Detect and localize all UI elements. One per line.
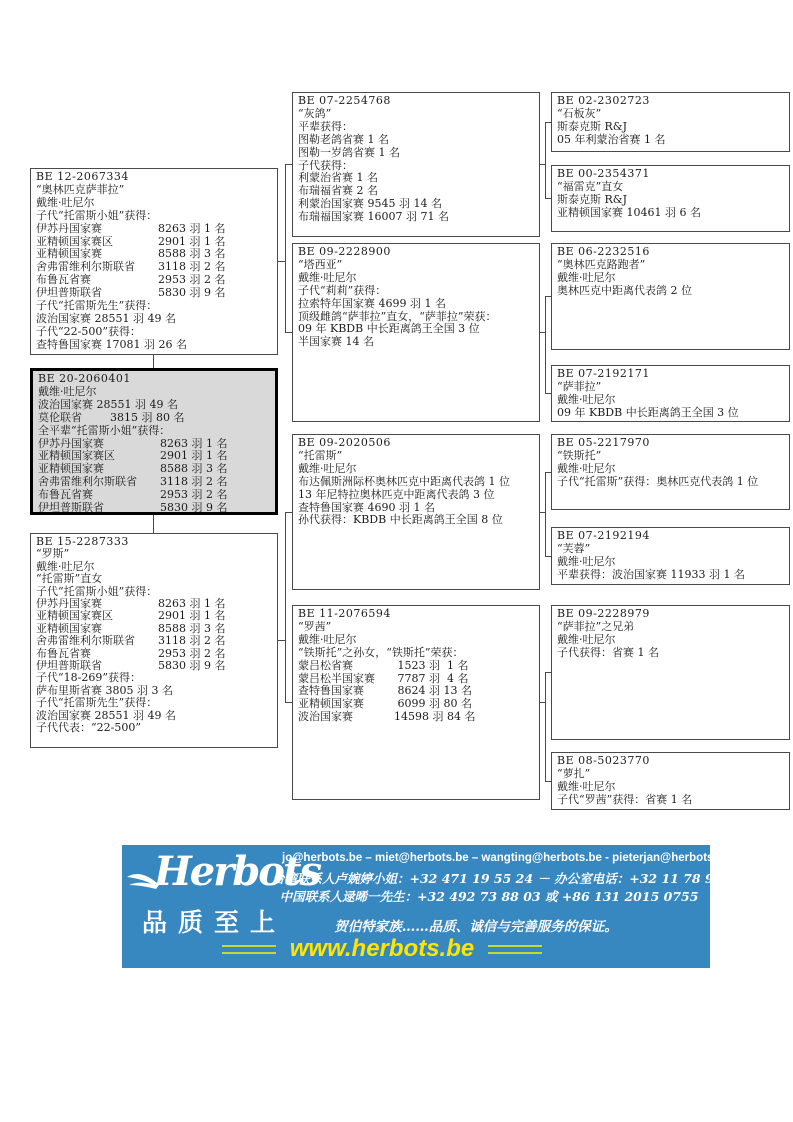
pedigree-line: 子代“莉莉”获得： xyxy=(298,285,534,298)
pedigree-line: 子代“托雷斯”获得：奥林匹克代表鸽 1 位 xyxy=(557,476,784,489)
pedigree-line: 戴维·吐尼尔 xyxy=(557,781,784,794)
ring-number: BE 15-2287333 xyxy=(36,536,272,548)
pedigree-line: “灰鸽” xyxy=(298,108,534,121)
ring-number: BE 09-2020506 xyxy=(298,437,534,450)
race-placing: 3118 羽 2 名 xyxy=(158,635,225,647)
race-result-line: 伊苏丹国家赛8263 羽 1 名 xyxy=(36,223,272,236)
pedigree-line: “芙蓉” xyxy=(557,543,784,556)
connector-line xyxy=(545,122,546,199)
pedigree-line: 戴维·吐尼尔 xyxy=(298,463,534,476)
pedigree-line: 布瑞福国家赛 16007 羽 71 名 xyxy=(298,211,534,224)
pedigree-box-grandsire-1: BE 07-2254768“灰鸽”平辈获得：图勒老鸽省赛 1 名图勒一岁鸽省赛 … xyxy=(292,92,540,237)
pedigree-box-granddam-2: BE 11-2076594“罗茜”戴维·吐尼尔“铁斯托”之孙女，“铁斯托”荣获：… xyxy=(292,605,540,800)
pedigree-line: “罗斯” xyxy=(36,548,272,560)
family-promise-text: 贺伯特家族……品质、诚信与完善服务的保证。 xyxy=(272,915,680,935)
connector-line xyxy=(285,512,286,703)
pedigree-box-main-pigeon: BE 20-2060401戴维·吐尼尔波治国家赛 28551 羽 49 名莫伦联… xyxy=(30,368,278,515)
race-result-line: 伊坦普斯联省5830 羽 9 名 xyxy=(38,502,270,515)
pedigree-line: 平辈获得：波治国家赛 11933 羽 1 名 xyxy=(557,569,784,582)
connector-line xyxy=(285,164,292,165)
ring-number: BE 05-2217970 xyxy=(557,437,784,450)
ring-number: BE 12-2067334 xyxy=(36,171,272,184)
pedigree-line: 戴维·吐尼尔 xyxy=(38,386,270,399)
race-placing: 5830 羽 9 名 xyxy=(160,502,227,515)
email-addresses: jo@herbots.be – miet@herbots.be – wangti… xyxy=(282,852,708,864)
pedigree-line: “奥林匹克路跑者” xyxy=(557,259,784,272)
connector-line xyxy=(545,393,551,394)
connector-line xyxy=(278,640,285,641)
ring-number: BE 09-2228900 xyxy=(298,246,534,259)
pedigree-line: 孙代获得：KBDB 中长距离鸽王全国 8 位 xyxy=(298,514,534,527)
pedigree-line: 拉索特年国家赛 4699 羽 1 名 xyxy=(298,298,534,311)
race-placing: 8263 羽 1 名 xyxy=(158,223,225,236)
pedigree-line: 半国家赛 14 名 xyxy=(298,336,534,349)
connector-line xyxy=(278,261,285,262)
pedigree-box-ggparent-6: BE 07-2192194“芙蓉”戴维·吐尼尔平辈获得：波治国家赛 11933 … xyxy=(551,527,790,585)
pedigree-line: “塔西亚” xyxy=(298,259,534,272)
herbots-banner: Herbots 品质至上 jo@herbots.be – miet@herbot… xyxy=(122,845,710,968)
pedigree-line: 全平辈“托雷斯小姐”获得： xyxy=(38,425,270,438)
race-placing: 5830 羽 9 名 xyxy=(158,287,225,300)
website-row: www.herbots.be xyxy=(222,935,542,963)
race-name: 伊坦普斯联省 xyxy=(38,502,160,515)
ring-number: BE 07-2192194 xyxy=(557,530,784,543)
connector-line xyxy=(545,296,551,297)
pedigree-line: 子代获得：省赛 1 名 xyxy=(557,647,784,660)
pedigree-box-sire: BE 12-2067334“奥林匹克萨菲拉”戴维·吐尼尔子代“托雷斯小姐”获得：… xyxy=(30,168,278,355)
connector-line xyxy=(153,515,154,533)
pedigree-line: 亚精顿国家赛 10461 羽 6 名 xyxy=(557,207,784,220)
race-result-line: 舍弗雷维利尔斯联省3118 羽 2 名 xyxy=(36,635,272,647)
pedigree-line: 奥林匹克中距离代表鸽 2 位 xyxy=(557,285,784,298)
connector-line xyxy=(545,781,551,782)
connector-line xyxy=(545,672,546,782)
left-rule xyxy=(222,945,276,954)
connector-line xyxy=(545,672,551,673)
pedigree-line: 戴维·吐尼尔 xyxy=(557,463,784,476)
pedigree-line: 戴维·吐尼尔 xyxy=(298,634,534,647)
pedigree-line: 子代代表：“22-500” xyxy=(36,722,272,734)
ring-number: BE 00-2354371 xyxy=(557,168,784,181)
pedigree-line: “托雷斯”直女 xyxy=(36,573,272,585)
race-name: 蒙吕松省赛 xyxy=(298,660,394,673)
pedigree-line: “铁斯托”之孙女，“铁斯托”荣获： xyxy=(298,647,534,660)
pedigree-line: 平辈获得： xyxy=(298,121,534,134)
race-result-line: 蒙吕松省赛 1523 羽 1 名 xyxy=(298,660,534,673)
race-placing: 2901 羽 1 名 xyxy=(158,610,225,622)
pedigree-line: 戴维·吐尼尔 xyxy=(36,197,272,210)
ring-number: BE 07-2254768 xyxy=(298,95,534,108)
pedigree-box-grandsire-2: BE 09-2020506“托雷斯”戴维·吐尼尔布达佩斯洲际杯奥林匹克中距离代表… xyxy=(292,434,540,590)
race-result-line: 亚精顿国家赛区2901 羽 1 名 xyxy=(36,610,272,622)
pedigree-line: 子代“托雷斯小姐”获得： xyxy=(36,210,272,223)
race-name: 波治国家赛 xyxy=(298,711,394,724)
right-rule xyxy=(488,945,542,954)
pedigree-box-ggparent-7: BE 09-2228979“萨菲拉”之兄弟戴维·吐尼尔子代获得：省赛 1 名 xyxy=(551,605,790,740)
connector-line xyxy=(285,164,286,333)
connector-line xyxy=(545,198,551,199)
ring-number: BE 06-2232516 xyxy=(557,246,784,259)
pedigree-line: 子代“18-269”获得： xyxy=(36,672,272,684)
pedigree-box-ggparent-1: BE 02-2302723“石板灰”斯泰克斯 R&J05 年利蒙治省赛 1 名 xyxy=(551,92,790,152)
pedigree-line: “萨菲拉” xyxy=(557,381,784,394)
connector-line xyxy=(545,296,546,394)
pedigree-line: 查特鲁国家赛 17081 羽 26 名 xyxy=(36,339,272,352)
pedigree-page: BE 12-2067334“奥林匹克萨菲拉”戴维·吐尼尔子代“托雷斯小姐”获得：… xyxy=(0,0,793,1122)
pedigree-line: 戴维·吐尼尔 xyxy=(557,556,784,569)
connector-line xyxy=(545,472,551,473)
connector-line xyxy=(153,355,154,368)
pedigree-line: 09 年 KBDB 中长距离鸽王全国 3 位 xyxy=(557,407,784,420)
website-url: www.herbots.be xyxy=(290,935,474,963)
ring-number: BE 09-2228979 xyxy=(557,608,784,621)
pedigree-line: 波治国家赛 28551 羽 49 名 xyxy=(38,399,270,412)
race-placing: 5830 羽 9 名 xyxy=(158,660,225,672)
pedigree-box-granddam-1: BE 09-2228900“塔西亚”戴维·吐尼尔子代“莉莉”获得：拉索特年国家赛… xyxy=(292,243,540,422)
pedigree-line: 子代“托雷斯先生”获得： xyxy=(36,697,272,709)
pedigree-line: “奥林匹克萨菲拉” xyxy=(36,184,272,197)
pedigree-line: 戴维·吐尼尔 xyxy=(557,272,784,285)
race-result-line: 波治国家赛14598 羽 84 名 xyxy=(298,711,534,724)
pedigree-line: 斯泰克斯 R&J xyxy=(557,194,784,207)
race-name: 舍弗雷维利尔斯联省 xyxy=(36,635,158,647)
ring-number: BE 02-2302723 xyxy=(557,95,784,108)
pedigree-line: “石板灰” xyxy=(557,108,784,121)
pedigree-line: 子代“22-500”获得： xyxy=(36,326,272,339)
connector-line xyxy=(285,332,292,333)
quality-slogan: 品质至上 xyxy=(142,903,286,939)
pedigree-box-ggparent-4: BE 07-2192171“萨菲拉”戴维·吐尼尔09 年 KBDB 中长距离鸽王… xyxy=(551,365,790,422)
pedigree-line: “萝扎” xyxy=(557,768,784,781)
pedigree-line: 子代“罗茜”获得：省赛 1 名 xyxy=(557,794,784,807)
connector-line xyxy=(285,702,292,703)
pedigree-line: “福雷克”直女 xyxy=(557,181,784,194)
race-name: 伊苏丹国家赛 xyxy=(36,223,158,236)
pedigree-line: 图勒老鸽省赛 1 名 xyxy=(298,134,534,147)
pedigree-line: “萨菲拉”之兄弟 xyxy=(557,621,784,634)
china-contact-line: 中国联系人逯晞一先生：+32 492 73 88 03 或 +86 131 20… xyxy=(272,887,706,905)
pedigree-line: 05 年利蒙治省赛 1 名 xyxy=(557,134,784,147)
ring-number: BE 07-2192171 xyxy=(557,368,784,381)
pedigree-line: 戴维·吐尼尔 xyxy=(557,394,784,407)
pedigree-line: 戴维·吐尼尔 xyxy=(298,272,534,285)
pedigree-line: 斯泰克斯 R&J xyxy=(557,121,784,134)
ring-number: BE 08-5023770 xyxy=(557,755,784,768)
pedigree-line: 布达佩斯洲际杯奥林匹克中距离代表鸽 1 位 xyxy=(298,476,534,489)
pedigree-line: “托雷斯” xyxy=(298,450,534,463)
pedigree-line: 波治国家赛 28551 羽 49 名 xyxy=(36,313,272,326)
pedigree-box-ggparent-3: BE 06-2232516“奥林匹克路跑者”戴维·吐尼尔奥林匹克中距离代表鸽 2… xyxy=(551,243,790,350)
pedigree-line: “铁斯托” xyxy=(557,450,784,463)
pedigree-line: 13 年尼特拉奥林匹克中距离代表鸽 3 位 xyxy=(298,489,534,502)
pedigree-box-dam: BE 15-2287333“罗斯”戴维·吐尼尔“托雷斯”直女子代“托雷斯小姐”获… xyxy=(30,533,278,748)
connector-line xyxy=(545,472,546,557)
connector-line xyxy=(545,122,551,123)
pedigree-box-ggparent-8: BE 08-5023770“萝扎”戴维·吐尼尔子代“罗茜”获得：省赛 1 名 xyxy=(551,752,790,810)
taiwan-contact-line: 台湾联系人卢婉婷小姐：+32 471 19 55 24 － 办公室电话：+32 … xyxy=(272,869,706,887)
race-placing: 14598 羽 84 名 xyxy=(394,711,475,724)
race-placing: 1523 羽 1 名 xyxy=(394,660,468,673)
pedigree-line: 戴维·吐尼尔 xyxy=(557,634,784,647)
connector-line xyxy=(545,556,551,557)
ring-number: BE 11-2076594 xyxy=(298,608,534,621)
ring-number: BE 20-2060401 xyxy=(38,373,270,386)
pedigree-line: “罗茜” xyxy=(298,621,534,634)
race-name: 亚精顿国家赛区 xyxy=(36,610,158,622)
pedigree-line: 图勒一岁鸽省赛 1 名 xyxy=(298,147,534,160)
pedigree-box-ggparent-2: BE 00-2354371“福雷克”直女斯泰克斯 R&J亚精顿国家赛 10461… xyxy=(551,165,790,232)
pedigree-box-ggparent-5: BE 05-2217970“铁斯托”戴维·吐尼尔子代“托雷斯”获得：奥林匹克代表… xyxy=(551,434,790,510)
pedigree-line: 莫伦联省 3815 羽 80 名 xyxy=(38,412,270,425)
connector-line xyxy=(285,512,292,513)
